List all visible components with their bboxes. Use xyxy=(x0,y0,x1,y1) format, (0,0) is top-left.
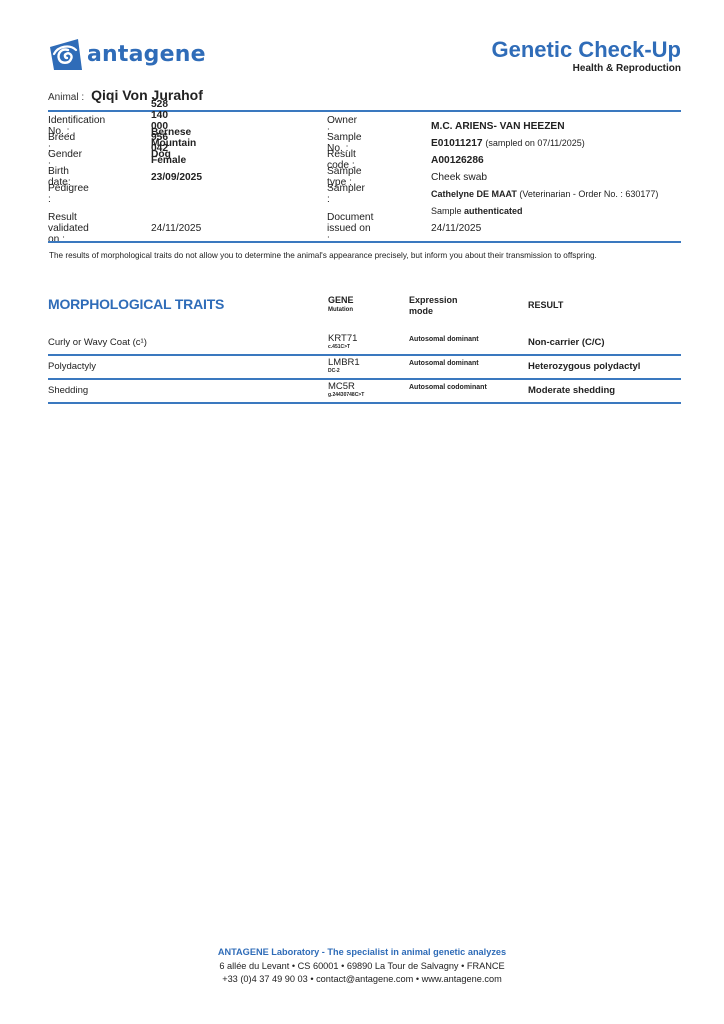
validated-label: Result validated on : xyxy=(48,212,89,245)
sample-type-value: Cheek swab xyxy=(431,172,487,183)
sampler-note: (Veterinarian - Order No. : 630177) xyxy=(519,189,658,199)
mutation-header: Mutation xyxy=(328,305,354,315)
birth-date-value: 23/09/2025 xyxy=(151,172,202,183)
expression-mode: Autosomal dominant xyxy=(409,336,479,343)
issued-value: 24/11/2025 xyxy=(431,223,481,234)
owner-value: M.C. ARIENS- VAN HEEZEN xyxy=(431,121,565,132)
gender-value: Female xyxy=(151,155,186,166)
trait-result: Non-carrier (C/C) xyxy=(528,337,605,348)
info-divider xyxy=(48,241,681,243)
authentication-prefix: Sample xyxy=(431,206,462,216)
column-header-result: RESULT xyxy=(528,300,563,310)
brand-name: antagene xyxy=(87,42,206,67)
gene-name: MC5R xyxy=(328,382,355,392)
antagene-logo: antagene xyxy=(48,38,206,70)
result-code-value: A00126286 xyxy=(431,155,484,166)
sample-no-field: E01011217 (sampled on 07/11/2025) xyxy=(431,138,585,149)
document-title: Genetic Check-Up xyxy=(492,38,682,62)
authentication-status: Sample authenticated xyxy=(431,206,523,216)
trait-name: Shedding xyxy=(48,385,88,396)
section-title-morphological-traits: MORPHOLOGICAL TRAITS xyxy=(48,296,224,312)
sampler-value: Cathelyne DE MAAT xyxy=(431,189,517,199)
pedigree-label: Pedigree : xyxy=(48,183,89,205)
document-subtitle: Health & Reproduction xyxy=(492,63,682,75)
column-header-expression: Expression mode xyxy=(409,295,458,317)
spiral-logo-icon xyxy=(48,38,82,70)
sampler-label: Sampler : xyxy=(327,183,365,205)
footer-tagline: ANTAGENE Laboratory - The specialist in … xyxy=(0,946,724,960)
animal-name: Qiqi Von Jurahof xyxy=(91,87,203,103)
gene-name: KRT71 xyxy=(328,334,357,344)
row-divider xyxy=(48,402,681,404)
document-header: Genetic Check-Up Health & Reproduction xyxy=(492,38,682,75)
gene-mutation: c.451C>T xyxy=(328,344,350,350)
expression-header-line1: Expression xyxy=(409,295,458,306)
animal-row: Animal : Qiqi Von Jurahof xyxy=(48,87,203,103)
authentication-value: authenticated xyxy=(464,206,523,216)
footer-address: 6 allée du Levant • CS 60001 • 69890 La … xyxy=(0,960,724,974)
footer: ANTAGENE Laboratory - The specialist in … xyxy=(0,946,724,987)
disclaimer-text: The results of morphological traits do n… xyxy=(49,251,597,260)
gene-mutation: g.24430748C>T xyxy=(328,392,364,398)
trait-result: Moderate shedding xyxy=(528,385,615,396)
column-header-gene: GENE Mutation xyxy=(328,295,354,315)
issued-label: Document issued on : xyxy=(327,212,373,245)
expression-mode: Autosomal dominant xyxy=(409,360,479,367)
expression-mode: Autosomal codominant xyxy=(409,384,487,391)
trait-name: Polydactyly xyxy=(48,361,96,372)
footer-contact: +33 (0)4 37 49 90 03 • contact@antagene.… xyxy=(0,973,724,987)
gene-mutation: DC-2 xyxy=(328,368,340,374)
animal-label: Animal : xyxy=(48,92,84,103)
table-row: Curly or Wavy Coat (c¹) KRT71 c.451C>T A… xyxy=(48,332,681,356)
gene-header: GENE xyxy=(328,295,354,305)
gene-name: LMBR1 xyxy=(328,358,360,368)
sampler-field: Cathelyne DE MAAT (Veterinarian - Order … xyxy=(431,189,658,199)
sample-no-value: E01011217 xyxy=(431,138,483,149)
header-divider xyxy=(48,110,681,112)
table-row: Shedding MC5R g.24430748C>T Autosomal co… xyxy=(48,380,681,404)
sample-date-note: (sampled on 07/11/2025) xyxy=(485,138,584,148)
table-row: Polydactyly LMBR1 DC-2 Autosomal dominan… xyxy=(48,356,681,380)
validated-value: 24/11/2025 xyxy=(151,223,201,234)
trait-result: Heterozygous polydactyl xyxy=(528,361,640,372)
trait-name: Curly or Wavy Coat (c¹) xyxy=(48,337,147,348)
expression-header-line2: mode xyxy=(409,306,458,317)
